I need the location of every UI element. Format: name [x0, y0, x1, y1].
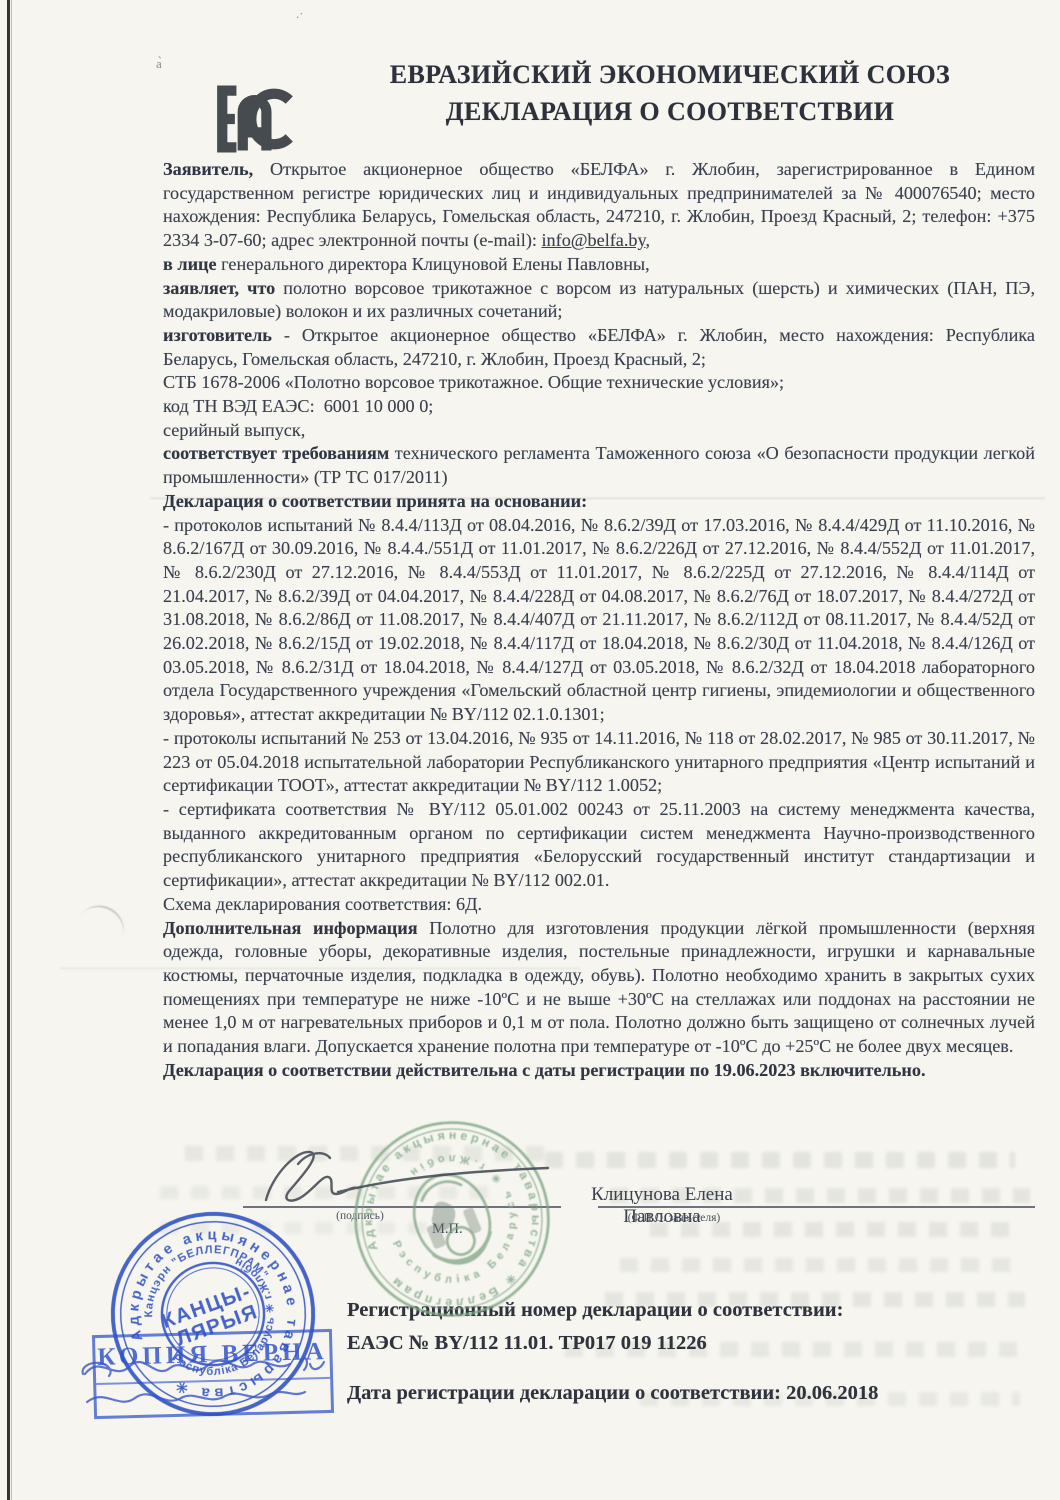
scan-edge-shadow — [11, 0, 12, 1500]
paper-curl-mark — [71, 898, 131, 957]
registration-date: Дата регистрации декларации о соответств… — [347, 1377, 1007, 1410]
paragraph: - сертификата соответствия № BY/112 05.0… — [163, 798, 1035, 893]
paragraph: в лице генерального директора Клицуновой… — [163, 253, 1035, 277]
body-text: - сертификата соответствия № BY/112 05.0… — [163, 799, 1035, 890]
bold-lead-text: Дополнительная информация — [163, 918, 418, 938]
paragraph: изготовитель - Открытое акционерное обще… — [163, 324, 1035, 371]
paragraph: Заявитель, Открытое акционерное общество… — [163, 158, 1035, 253]
eac-logo-icon — [212, 80, 294, 158]
document-title: ЕВРАЗИЙСКИЙ ЭКОНОМИЧЕСКИЙ СОЮЗ ДЕКЛАРАЦИ… — [330, 56, 1010, 130]
body-text: , — [645, 230, 650, 250]
paragraph: серийный выпуск, — [163, 419, 1035, 443]
scanned-declaration-page: а̀ .· ЕВРАЗИЙСКИЙ ЭКОНОМИЧЕСКИЙ СОЮЗ ДЕК… — [0, 0, 1060, 1500]
body-text: СТБ 1678-2006 «Полотно ворсовое трикотаж… — [163, 372, 784, 392]
body-text: Полотно для изготовления продукции лёгко… — [163, 918, 1035, 1057]
paragraph: Схема декларирования соответствия: 6Д. — [163, 893, 1035, 917]
paragraph: Дополнительная информация Полотно для из… — [163, 917, 1035, 1059]
title-line-2: ДЕКЛАРАЦИЯ О СООТВЕТСТВИИ — [330, 93, 1010, 130]
body-text: код ТН ВЭД ЕАЭС: 6001 10 000 0; — [163, 396, 433, 416]
bold-lead-text: Заявитель, — [163, 159, 253, 179]
paragraph: - протоколы испытаний № 253 от 13.04.201… — [163, 727, 1035, 798]
bleed-through-artifact — [620, 1258, 1020, 1272]
paragraph: СТБ 1678-2006 «Полотно ворсовое трикотаж… — [163, 371, 1035, 395]
paragraph: Декларация о соответствии действительна … — [163, 1059, 1035, 1083]
bold-lead-text: Декларация о соответствии действительна … — [163, 1060, 926, 1080]
body-text: - протоколов испытаний № 8.4.4/113Д от 0… — [163, 515, 1035, 725]
scan-speck: а̀ — [156, 56, 162, 72]
body-text: Схема декларирования соответствия: 6Д. — [163, 894, 482, 914]
paragraph: заявляет, что полотно ворсовое трикотажн… — [163, 277, 1035, 324]
scan-edge-line — [7, 0, 10, 1500]
bold-lead-text: заявляет, что — [163, 278, 275, 298]
bold-lead-text: в лице — [163, 254, 217, 274]
eac-letter-e — [222, 91, 236, 148]
paragraph: - протоколов испытаний № 8.4.4/113Д от 0… — [163, 514, 1035, 727]
bold-lead-text: Декларация о соответствии принята на осн… — [163, 491, 587, 511]
body-text: серийный выпуск, — [163, 420, 305, 440]
title-line-1: ЕВРАЗИЙСКИЙ ЭКОНОМИЧЕСКИЙ СОЮЗ — [330, 56, 1010, 93]
handwritten-blue-notes — [75, 1352, 345, 1432]
paragraph: соответствует требованиям технического р… — [163, 442, 1035, 489]
body-text: - Открытое акционерное общество «БЕЛФА» … — [163, 325, 1035, 369]
bold-lead-text: изготовитель — [163, 325, 272, 345]
body-text: генерального директора Клицуновой Елены … — [217, 254, 650, 274]
paragraph: Декларация о соответствии принята на осн… — [163, 490, 1035, 514]
bleed-through-artifact — [545, 1152, 1015, 1168]
paragraph: код ТН ВЭД ЕАЭС: 6001 10 000 0; — [163, 395, 1035, 419]
scan-speck: .· — [296, 6, 304, 22]
bold-lead-text: соответствует требованиям — [163, 443, 389, 463]
applicant-name-caption: (Ф.И.О. заявителя) — [604, 1212, 744, 1224]
body-text: - протоколы испытаний № 253 от 13.04.201… — [163, 728, 1035, 795]
handwritten-signature — [238, 1142, 558, 1212]
email-text: info@belfa.by — [541, 230, 645, 250]
document-body: Заявитель, Открытое акционерное общество… — [163, 158, 1035, 1082]
body-text: полотно ворсовое трикотажное с ворсом из… — [163, 278, 1035, 322]
registration-number-value: ЕАЭС № BY/112 11.01. ТР017 019 11226 — [347, 1327, 1007, 1360]
